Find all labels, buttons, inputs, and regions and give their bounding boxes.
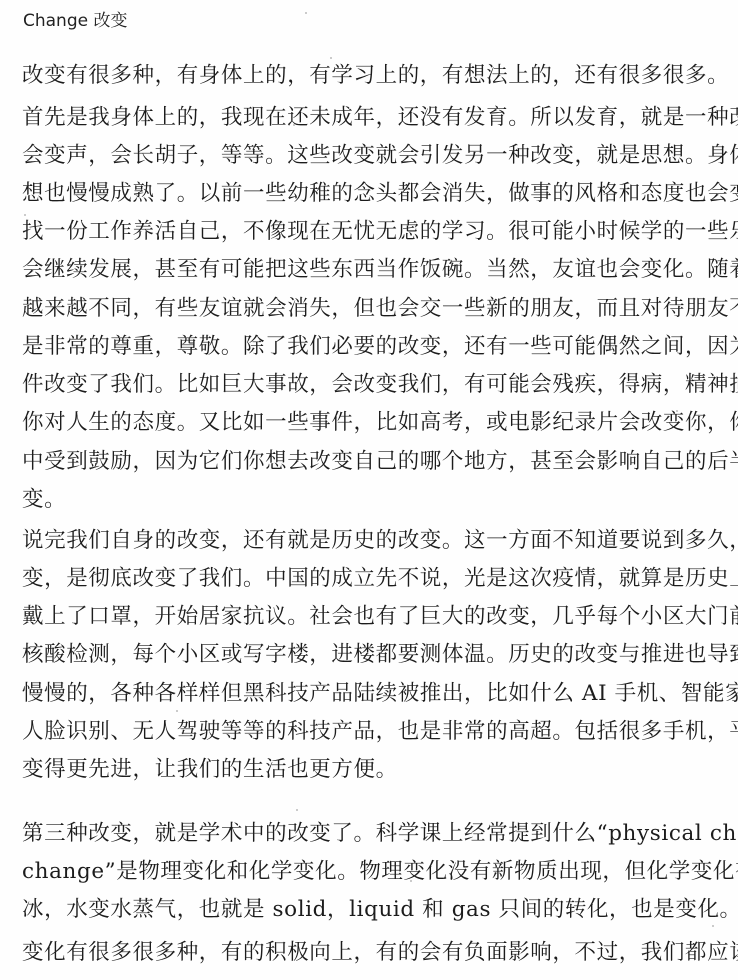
paragraph-5-line-1: 变化有很多很多种，有的积极向上，有的会有负面影响，不过，我们都应该积极去面对。 [22, 939, 738, 967]
paragraph-3-line-2: 变，是彻底改变了我们。中国的成立先不说，光是这次疫情，就算是历史上的大改变。人们 [22, 565, 722, 593]
paragraph-2-line-3: 想也慢慢成熟了。以前一些幼稚的念头都会消失，做事的风格和态度也会变。到那时，就得 [22, 180, 722, 208]
paragraph-3-line-3: 戴上了口罩，开始居家抗议。社会也有了巨大的改变，几乎每个小区大门前都有几个大棚子 [22, 603, 722, 631]
scan-speck [305, 12, 307, 14]
scan-speck [712, 925, 714, 927]
paragraph-3-line-1: 说完我们自身的改变，还有就是历史的改变。这一方面不知道要说到多久，但是有些历史改 [22, 527, 722, 555]
paragraph-4-line-3: 冰，水变水蒸气，也就是 solid，liquid 和 gas 只间的转化，也是变… [22, 896, 738, 924]
paragraph-4-line-2: change”是物理变化和化学变化。物理变化没有新物质出现，但化学变化有。还有一… [22, 858, 722, 886]
paragraph-2-line-10: 中受到鼓励，因为它们你想去改变自己的哪个地方，甚至会影响自己的后半生。这些都是改 [22, 448, 722, 476]
paragraph-2-line-9: 你对人生的态度。又比如一些事件，比如高考，或电影纪录片会改变你，你有可能从它们当 [22, 409, 722, 437]
paragraph-2-line-5: 会继续发展，甚至有可能把这些东西当作饭碗。当然，友谊也会变化。随着我们长大，级别 [22, 256, 722, 284]
scan-speck [330, 57, 332, 59]
scan-speck [176, 710, 178, 712]
scan-speck [676, 410, 678, 412]
paragraph-2-line-1: 首先是我身体上的，我现在还未成年，还没有发育。所以发育，就是一种改变。包括我将来 [22, 104, 722, 132]
scan-speck [410, 880, 412, 882]
scan-speck [24, 214, 26, 216]
paragraph-2-line-7: 是非常的尊重，尊敬。除了我们必要的改变，还有一些可能偶然之间，因为某个事物或者事 [22, 333, 722, 361]
paragraph-4-line-1: 第三种改变，就是学术中的改变了。科学课上经常提到什么“physical chan… [22, 820, 722, 848]
paragraph-3-line-5: 慢慢的，各种各样样但黑科技产品陆续被推出，比如什么 AI 手机、智能家具、智能安… [22, 680, 722, 708]
paragraph-2-line-2: 会变声，会长胡子，等等。这些改变就会引发另一种改变，就是思想。身体慢慢长大了，思 [22, 142, 722, 170]
paragraph-3-line-7: 变得更先进，让我们的生活也更方便。 [22, 756, 398, 784]
paragraph-3-line-4: 核酸检测，每个小区或写字楼，进楼都要测体温。历史的改变与推进也导致了科技的进步。 [22, 641, 722, 669]
scanned-document-page: Change 改变 改变有很多种，有身体上的，有学习上的，有想法上的，还有很多很… [0, 0, 738, 980]
paragraph-2-line-8: 件改变了我们。比如巨大事故，会改变我们，有可能会残疾，得病，精神损伤，或甚至改变 [22, 371, 722, 399]
paragraph-2-line-6: 越来越不同，有些友谊就会消失，但也会交一些新的朋友，而且对待朋友不再是闹着玩，而 [22, 295, 722, 323]
scan-speck [296, 809, 298, 811]
paragraph-1-line-1: 改变有很多种，有身体上的，有学习上的，有想法上的，还有很多很多。 [22, 62, 729, 90]
document-title: Change 改变 [23, 6, 128, 31]
paragraph-3-line-6: 人脸识别、无人驾驶等等的科技产品，也是非常的高超。包括很多手机，平板之类的产品也 [22, 718, 722, 746]
paragraph-2-line-11: 变。 [22, 486, 66, 514]
scan-speck [293, 124, 295, 126]
paragraph-2-line-4: 找一份工作养活自己，不像现在无忧无虑的学习。很可能小时候学的一些乐器，或者体育也 [22, 218, 722, 246]
